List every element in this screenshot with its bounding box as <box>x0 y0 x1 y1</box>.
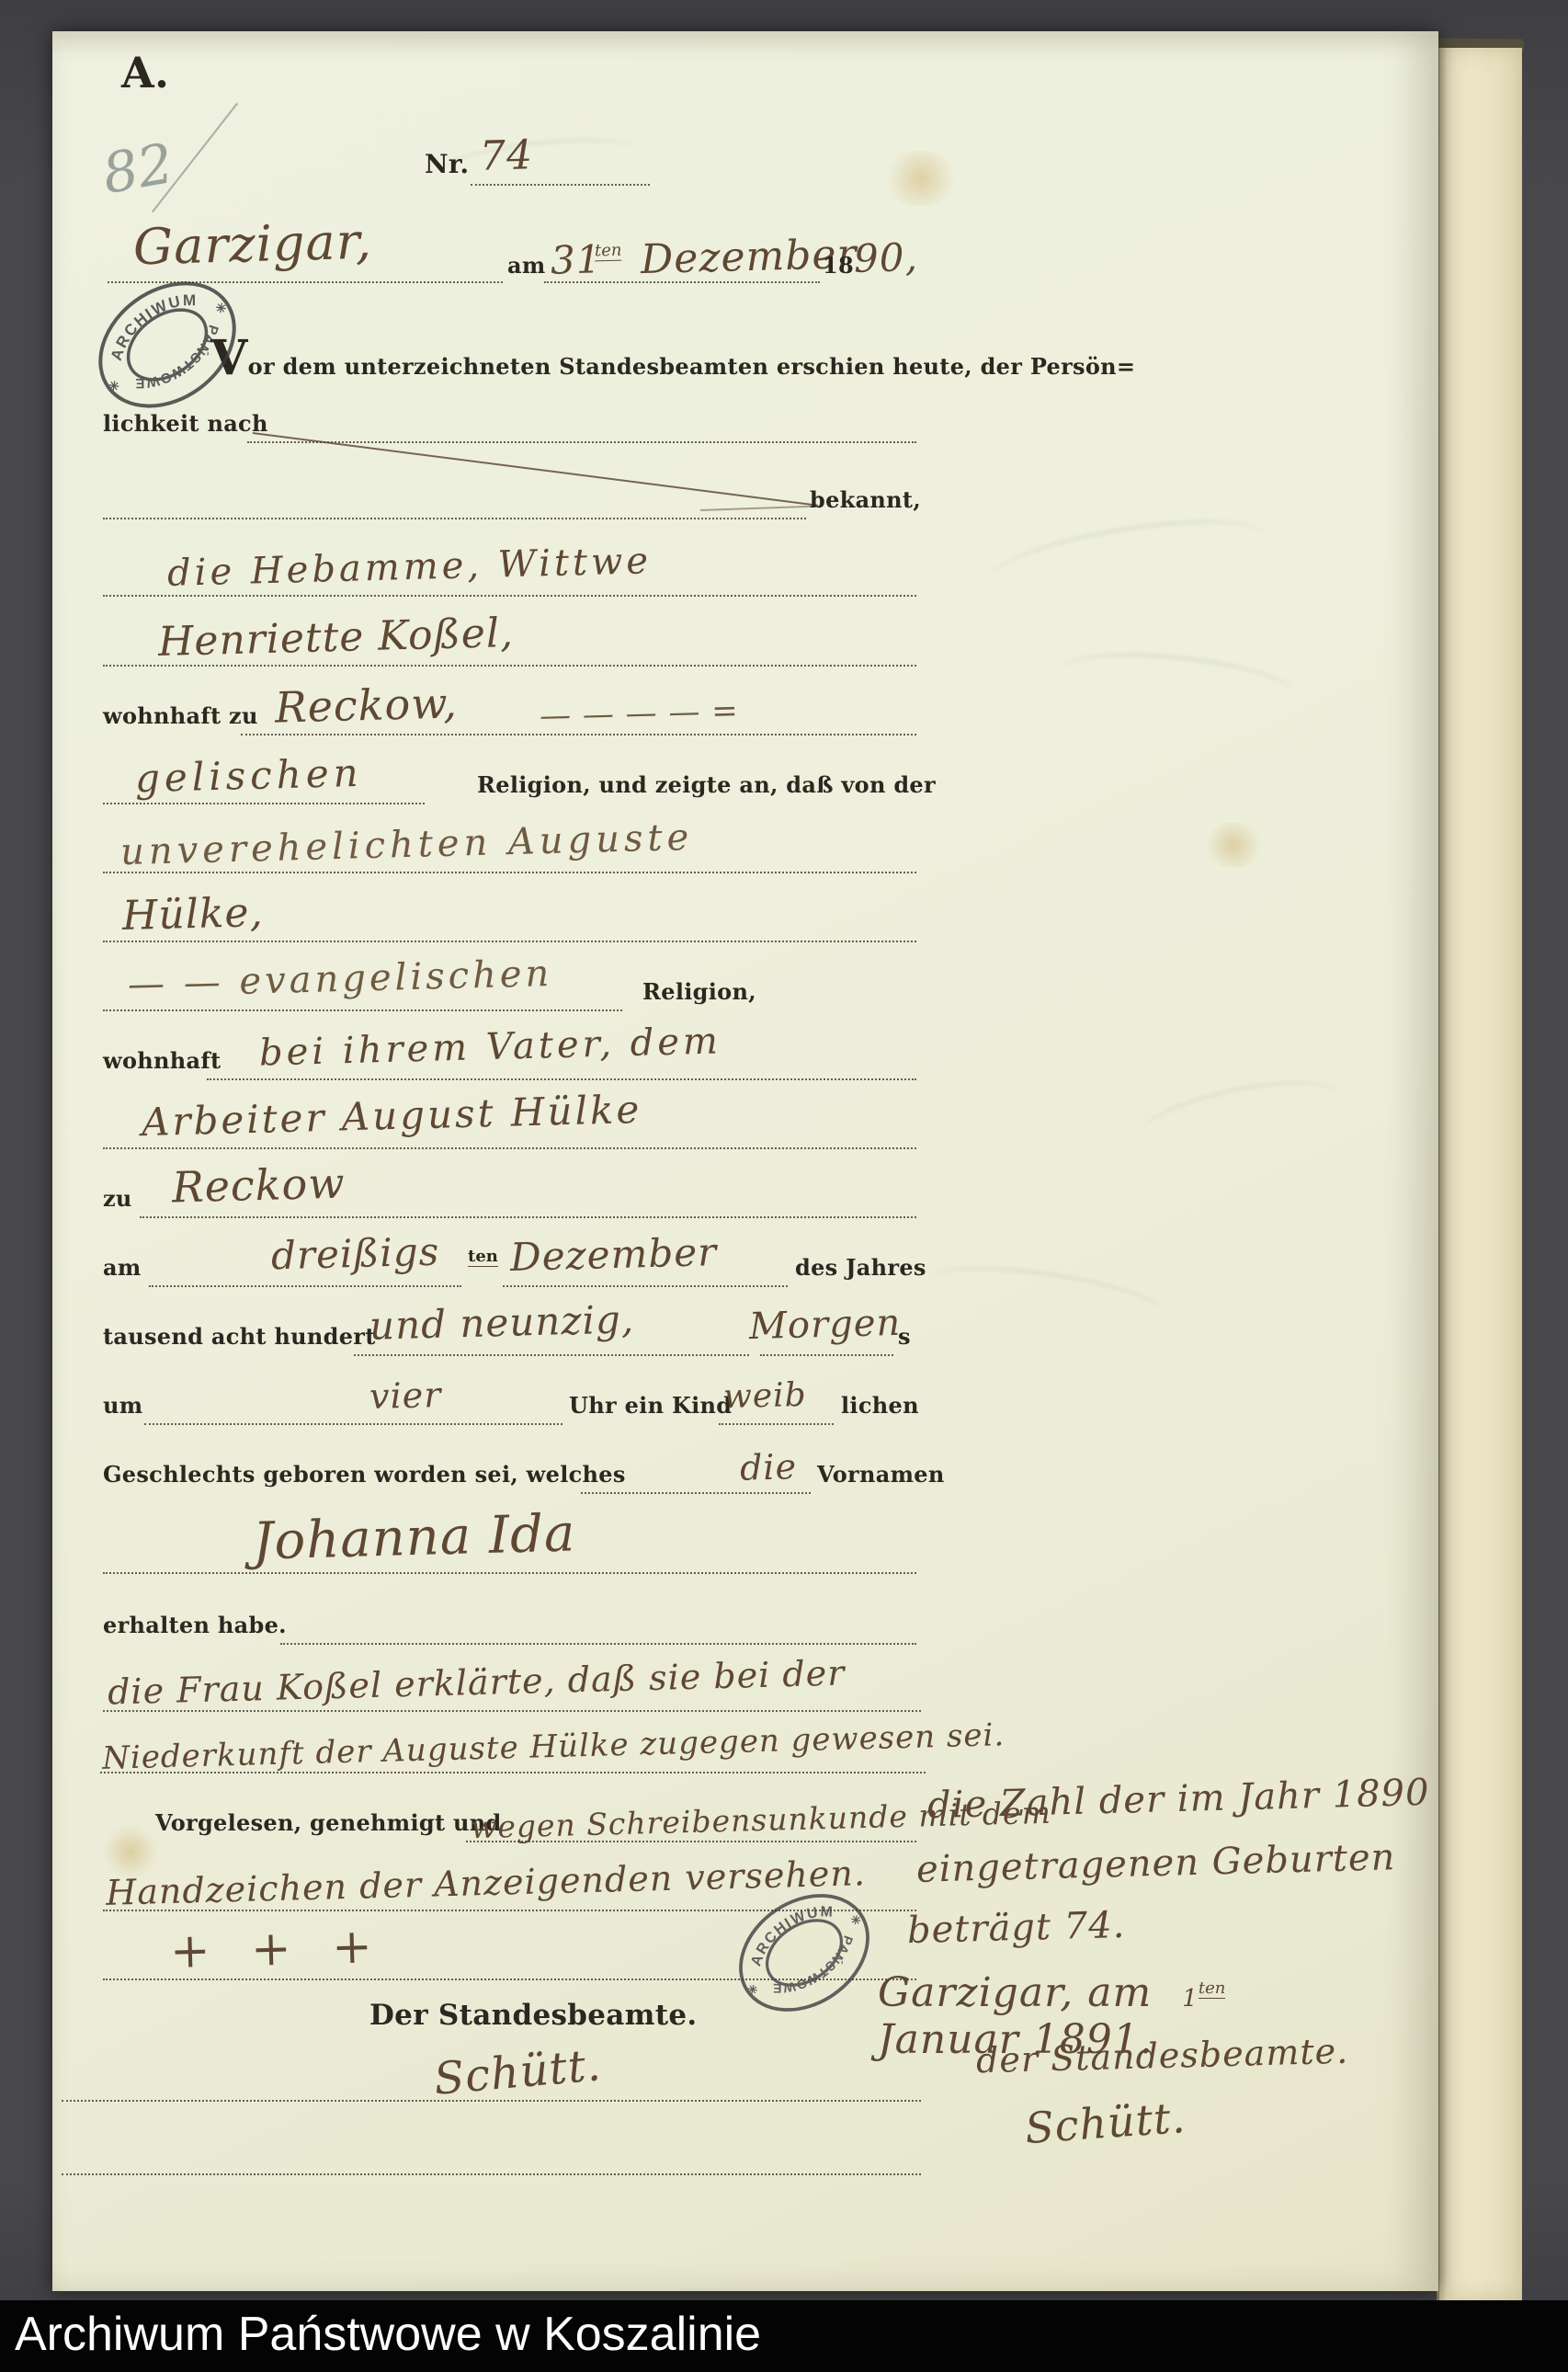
registrar-signature: Schütt. <box>432 2039 604 2105</box>
birth-day-suffix: ten <box>468 1247 498 1267</box>
s-suffix-label: s <box>898 1323 911 1350</box>
dotted-line <box>207 1078 916 1080</box>
annual-note-line5: der Standesbeamte. <box>975 2031 1348 2081</box>
registry-document-page: A. 82 Nr. 74 Garzigar, am 31 ten Dezembe… <box>52 31 1438 2291</box>
zu-label: zu <box>103 1185 132 1212</box>
intro-line1: Vor dem unterzeichneten Standesbeamten e… <box>210 353 1135 380</box>
statement-line1: die Frau Koßel erklärte, daß sie bei der <box>108 1653 846 1713</box>
archive-caption: Archiwum Państwowe w Koszalinie <box>15 2300 761 2368</box>
corner-letter: A. <box>121 48 169 97</box>
die-value: die <box>739 1446 797 1488</box>
dotted-line <box>103 941 916 942</box>
place-value: Garzigar, <box>132 212 372 277</box>
intro-line1-text: or dem unterzeichneten Standesbeamten er… <box>248 353 1136 380</box>
bleed-through-mark <box>924 1256 1167 1338</box>
dotted-line <box>103 872 916 873</box>
dotted-line <box>103 665 916 667</box>
cancel-stroke <box>700 506 815 511</box>
vornamen-label: Vornamen <box>817 1461 945 1488</box>
annual-note-signature: Schütt. <box>1023 2093 1187 2153</box>
svg-text:PAŃSTWOWE: PAŃSTWOWE <box>766 1929 866 2010</box>
dotted-line <box>144 1423 562 1425</box>
geschlechts-label: Geschlechts geboren worden sei, welches <box>103 1461 626 1488</box>
time-of-day-value: Morgen <box>748 1302 901 1348</box>
wohnhaft-label: wohnhaft <box>103 1047 221 1074</box>
dotted-line <box>103 518 806 519</box>
lichen-label: lichen <box>841 1392 919 1419</box>
vorgelesen-label: Vorgelesen, genehmigt und <box>155 1809 502 1836</box>
stamp-arc-bottom: PAŃSTWOWE <box>127 317 232 405</box>
dotted-line <box>103 595 916 597</box>
um-label: um <box>103 1392 142 1419</box>
annual-note-day-suffix: ten <box>1199 1979 1225 1999</box>
annual-note-place-date: Garzigar, am <box>878 1969 1152 2016</box>
dotted-line <box>62 2173 921 2175</box>
uhr-ein-kind-label: Uhr ein Kind <box>569 1392 732 1419</box>
dotted-line <box>103 1009 622 1011</box>
dotted-line <box>544 281 820 283</box>
archive-caption-bar: Archiwum Państwowe w Koszalinie <box>0 2300 1568 2372</box>
year-label: tausend acht hundert <box>103 1323 376 1350</box>
date-year: 90, <box>853 234 918 281</box>
svg-text:PAŃSTWOWE: PAŃSTWOWE <box>127 317 232 405</box>
stamp-star-icon: ✳ <box>744 1981 761 1999</box>
annual-note-day: 1 <box>1182 1985 1199 2013</box>
father-residence-value: bei ihrem Vater, dem <box>258 1020 722 1074</box>
photo-background: A. 82 Nr. 74 Garzigar, am 31 ten Dezembe… <box>0 0 1568 2372</box>
bleed-through-mark <box>437 131 642 192</box>
birth-place-value: Reckow <box>171 1158 346 1213</box>
dotted-line <box>280 1643 916 1645</box>
paper-stain <box>880 151 962 206</box>
religion-label: Religion, und zeigte an, daß von der <box>477 771 936 798</box>
dotted-line <box>149 1285 461 1287</box>
annual-note-line2: eingetragenen Geburten <box>915 1836 1395 1891</box>
annual-note-line1: die Zahl der im Jahr 1890 <box>926 1772 1430 1827</box>
bleed-through-mark <box>987 507 1268 607</box>
dotted-line <box>247 441 916 443</box>
date-day-suffix: ten <box>595 241 622 262</box>
closing-handwriting2: Handzeichen der Anzeigenden versehen. <box>106 1853 867 1913</box>
filler-dashes: — — — — = <box>540 692 740 735</box>
statement-line2: Niederkunft der Auguste Hülke zugegen ge… <box>102 1716 1006 1777</box>
declarant-description: die Hebamme, Wittwe <box>166 540 652 595</box>
date-century: 18 <box>823 252 854 279</box>
am-label: am <box>507 252 546 279</box>
gender-value: weib <box>722 1376 807 1416</box>
mother-religion-value: — — evangelischen <box>127 952 552 1006</box>
am-label2: am <box>103 1254 142 1281</box>
dotted-line <box>103 1147 916 1149</box>
paper-stain <box>103 1824 158 1879</box>
dotted-line <box>471 184 650 186</box>
annual-note-line3: beträgt 74. <box>906 1904 1125 1952</box>
des-jahres-label: des Jahres <box>795 1254 926 1281</box>
bleed-through-mark <box>1062 644 1295 717</box>
birth-day-value: dreißigs <box>270 1229 439 1279</box>
declarant-name: Henriette Koßel, <box>157 610 514 666</box>
dotted-line <box>581 1492 811 1494</box>
book-fore-edge <box>1437 48 1522 2300</box>
erhalten-label: erhalten habe. <box>103 1612 287 1638</box>
mother-surname: Hülke, <box>121 889 264 940</box>
hour-value: vier <box>369 1374 441 1417</box>
mother-description: unverehelichten Auguste <box>120 816 694 873</box>
birth-month-value: Dezember <box>509 1229 717 1280</box>
bleed-through-mark <box>1133 1068 1342 1162</box>
stamp-star-icon: ✳ <box>106 377 123 395</box>
dotted-line <box>103 1572 916 1574</box>
dotted-line <box>760 1354 893 1356</box>
registrar-label: Der Standesbeamte. <box>369 1999 697 2032</box>
dotted-line <box>354 1354 749 1356</box>
hand-marks: + + + <box>169 1919 385 1979</box>
dotted-line <box>503 1285 788 1287</box>
religion-value: gelischen <box>134 750 363 801</box>
paper-stain <box>1201 822 1266 868</box>
dotted-line <box>103 1710 921 1712</box>
dotted-line <box>719 1423 834 1425</box>
stamp-arc-bottom: PAŃSTWOWE <box>766 1929 866 2010</box>
dotted-line <box>241 734 916 736</box>
year-value: und neunzig, <box>369 1296 634 1349</box>
residence-value: Reckow, <box>274 678 458 732</box>
wohnhaft-zu-label: wohnhaft zu <box>103 702 258 729</box>
bekannt-label: bekannt, <box>810 486 921 513</box>
dotted-line <box>103 803 425 804</box>
dotted-line <box>140 1216 916 1218</box>
cancel-stroke <box>253 432 818 507</box>
given-names-value: Johanna Ida <box>252 1503 576 1571</box>
religion-label2: Religion, <box>642 978 756 1005</box>
father-name: Arbeiter August Hülke <box>141 1087 642 1145</box>
